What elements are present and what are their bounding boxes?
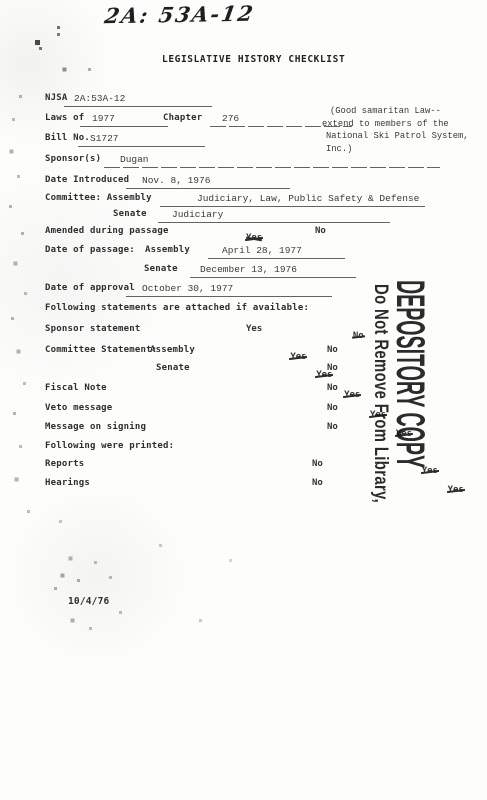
statement-row-sublabel: Assembly <box>150 346 195 355</box>
amended-yes: Yes <box>246 234 262 243</box>
statement-row-no: No <box>327 423 338 432</box>
printed-row-no: No <box>312 460 323 469</box>
date-of-approval-underline <box>126 296 332 297</box>
statement-row-label: Sponsor statement <box>45 325 141 334</box>
printed-row-label: Reports <box>45 460 84 469</box>
njsa-value: 2A:53A-12 <box>74 94 125 104</box>
printed-heading: Following were printed: <box>45 442 174 451</box>
statement-row-yes: Yes <box>290 353 306 362</box>
page-title: LEGISLATIVE HISTORY CHECKLIST <box>162 55 345 65</box>
scan-speckles <box>0 0 1 1</box>
margin-note-line: Inc.) <box>326 143 469 156</box>
statement-row-label: Fiscal Note <box>45 384 107 393</box>
statement-row-no: No <box>327 384 338 393</box>
bill-no-label: Bill No. <box>45 134 90 143</box>
printed-row-no: No <box>312 479 323 488</box>
printed-row-yes: Yes <box>422 467 438 476</box>
bill-no-value: S1727 <box>90 134 119 144</box>
statement-row-yes: Yes <box>344 391 360 400</box>
chapter-label: Chapter <box>163 114 202 123</box>
sponsors-underline <box>104 167 440 168</box>
printed-row-yes: Yes <box>448 486 464 495</box>
sponsors-label: Sponsor(s) <box>45 155 101 164</box>
scanned-document-page: 2A: 53A-12 LEGISLATIVE HISTORY CHECKLIST… <box>0 0 487 800</box>
date-introduced-value: Nov. 8, 1976 <box>142 176 210 186</box>
statement-row-yes: Yes <box>246 325 262 334</box>
bill-no-underline <box>78 146 205 147</box>
sponsors-value: Dugan <box>120 155 149 165</box>
statement-row-label: Veto message <box>45 404 112 413</box>
amended-no: No <box>315 227 326 236</box>
date-introduced-label: Date Introduced <box>45 176 129 185</box>
date-of-approval-value: October 30, 1977 <box>142 284 233 294</box>
committee-assembly-label: Committee: Assembly <box>45 194 152 203</box>
statement-row-no: No <box>327 364 338 373</box>
statement-row-label: Committee Statement: <box>45 346 157 355</box>
statement-row-no: No <box>327 404 338 413</box>
statement-row-no: No <box>327 346 338 355</box>
njsa-underline <box>64 106 212 107</box>
statement-row-label: Message on signing <box>45 423 146 432</box>
laws-underline <box>80 126 168 127</box>
printed-row-label: Hearings <box>45 479 90 488</box>
date-of-approval-label: Date of approval <box>45 284 135 293</box>
depository-stamp-subtitle: Do Not Remove From Library, <box>369 284 392 503</box>
committee-senate-underline <box>158 222 390 223</box>
depository-stamp-title: DEPOSITORY COPY <box>387 280 432 468</box>
statement-row-sublabel: Senate <box>156 364 190 373</box>
date-of-passage-label: Date of passage: <box>45 246 135 255</box>
statements-heading: Following statements are attached if ava… <box>45 304 309 313</box>
chapter-value: 276 <box>222 114 239 124</box>
statement-row-no: No <box>353 332 364 341</box>
passage-assembly-underline <box>208 258 345 259</box>
passage-assembly-value: April 28, 1977 <box>222 246 302 256</box>
laws-of-value: 1977 <box>92 114 115 124</box>
footer-date: 10/4/76 <box>68 597 109 607</box>
committee-senate-label: Senate <box>113 210 147 219</box>
committee-assembly-underline <box>160 206 425 207</box>
margin-note-line: extend to members of the <box>322 118 469 131</box>
laws-of-label: Laws of <box>45 114 84 123</box>
passage-senate-label: Senate <box>144 265 178 274</box>
handwritten-citation: 2A: 53A-12 <box>103 3 256 27</box>
margin-note: (Good samaritan Law-- extend to members … <box>322 105 469 155</box>
amended-label: Amended during passage <box>45 227 169 236</box>
margin-note-line: National Ski Patrol System, <box>326 130 469 143</box>
margin-note-line: (Good samaritan Law-- <box>330 105 469 118</box>
passage-senate-value: December 13, 1976 <box>200 265 297 275</box>
passage-senate-underline <box>190 277 356 278</box>
committee-assembly-value: Judiciary, Law, Public Safety & Defense <box>197 194 419 204</box>
njsa-label: NJSA <box>45 94 67 103</box>
passage-assembly-label: Assembly <box>145 246 190 255</box>
date-introduced-underline <box>126 188 290 189</box>
committee-senate-value: Judiciary <box>172 210 223 220</box>
